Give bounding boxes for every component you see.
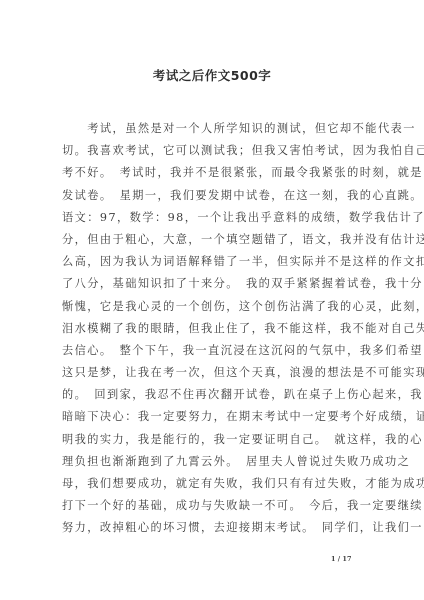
text-line: 努力，改掉粗心的坏习惯，去迎接期末考试。 同学们，让我们一	[62, 517, 362, 539]
text-line: 么高，因为我认为词语解释错了一半，但实际并不是这样的作文扣	[62, 251, 362, 273]
text-line: 泪水模糊了我的眼睛，但我止住了，我不能这样，我不能对自己失	[62, 318, 362, 340]
text-line: 去信心。 整个下午，我一直沉浸在这沉闷的气氛中，我多们希望	[62, 340, 362, 362]
document-body: 考试，虽然是对一个人所学知识的测试，但它却不能代表一 切。我喜欢考试，它可以测试…	[62, 118, 362, 540]
text-line: 理负担也渐渐跑到了九霄云外。 居里夫人曾说过失败乃成功之	[62, 451, 362, 473]
text-line: 分，但由于粗心，大意，一个填空题错了，语文，我并没有估计这	[62, 229, 362, 251]
text-line: 考试，虽然是对一个人所学知识的测试，但它却不能代表一	[62, 118, 362, 140]
text-line: 母，我们想要成功，就定有失败，我们只有有过失败，才能为成功	[62, 473, 362, 495]
document-page: 考试之后作文500字 考试，虽然是对一个人所学知识的测试，但它却不能代表一 切。…	[0, 0, 424, 600]
text-line: 切。我喜欢考试，它可以测试我；但我又害怕考试，因为我怕自己	[62, 140, 362, 162]
text-line: 了八分，基础知识扣了十来分。 我的双手紧紧握着试卷，我十分	[62, 273, 362, 295]
text-line: 暗暗下决心：我一定要努力，在期末考试中一定要考个好成绩，证	[62, 406, 362, 428]
text-line: 的。 回到家，我忍不住再次翻开试卷，趴在桌子上伤心起来，我	[62, 384, 362, 406]
text-line: 语文：97，数学：98，一个让我出乎意料的成绩，数学我估计了满	[62, 207, 362, 229]
text-line: 明我的实力，我是能行的，我一定要证明自己。 就这样，我的心	[62, 429, 362, 451]
text-line: 惭愧，它是我心灵的一个创伤，这个创伤沾满了我的心灵，此刻，	[62, 296, 362, 318]
text-line: 这只是梦，让我在考一次，但这个天真，浪漫的想法是不可能实现	[62, 362, 362, 384]
text-line: 考不好。 考试时，我并不是很紧张，而最令我紧张的时刻，就是	[62, 162, 362, 184]
document-title: 考试之后作文500字	[0, 66, 424, 84]
text-line: 发试卷。 星期一，我们要发期中试卷，在这一刻，我的心直跳。	[62, 185, 362, 207]
page-number: 1 / 17	[331, 555, 351, 563]
text-line: 打下一个好的基础，成功与失败缺一不可。 今后，我一定要继续	[62, 495, 362, 517]
